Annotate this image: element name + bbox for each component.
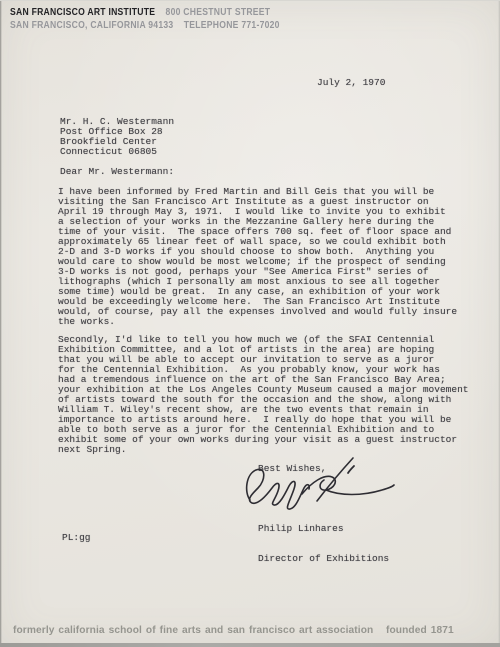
recipient-address: Mr. H. C. Westermann Post Office Box 28 …	[60, 117, 174, 157]
institute-city-line: SAN FRANCISCO, CALIFORNIA 94133	[10, 20, 173, 31]
signer-name: Philip Linhares	[258, 524, 389, 534]
letter-page: SAN FRANCISCO ART INSTITUTE800 CHESTNUT …	[0, 0, 500, 647]
institute-name: SAN FRANCISCO ART INSTITUTE	[10, 7, 155, 18]
institute-phone: TELEPHONE 771-7020	[184, 20, 280, 31]
signature-block: Philip Linhares Director of Exhibitions	[258, 504, 389, 584]
page-edge-top	[0, 0, 500, 1]
letterhead-line-2: SAN FRANCISCO, CALIFORNIA 94133TELEPHONE…	[10, 20, 280, 31]
signer-title: Director of Exhibitions	[258, 554, 389, 564]
letterhead-line-1: SAN FRANCISCO ART INSTITUTE800 CHESTNUT …	[10, 7, 270, 18]
typist-initials: PL:gg	[62, 533, 91, 543]
body-paragraph-1: I have been informed by Fred Martin and …	[58, 187, 457, 327]
body-paragraph-2: Secondly, I'd like to tell you how much …	[58, 335, 468, 455]
footer-line: formerly california school of fine arts …	[13, 624, 454, 636]
letter-date: July 2, 1970	[317, 78, 385, 88]
page-edge-bottom	[0, 643, 500, 647]
page-edge-left	[0, 0, 2, 647]
institute-street: 800 CHESTNUT STREET	[166, 7, 271, 18]
handwritten-signature	[242, 448, 402, 512]
salutation: Dear Mr. Westermann:	[60, 167, 174, 177]
footer-formerly: formerly california school of fine arts …	[13, 624, 373, 636]
footer-founded: founded 1871	[386, 624, 454, 636]
